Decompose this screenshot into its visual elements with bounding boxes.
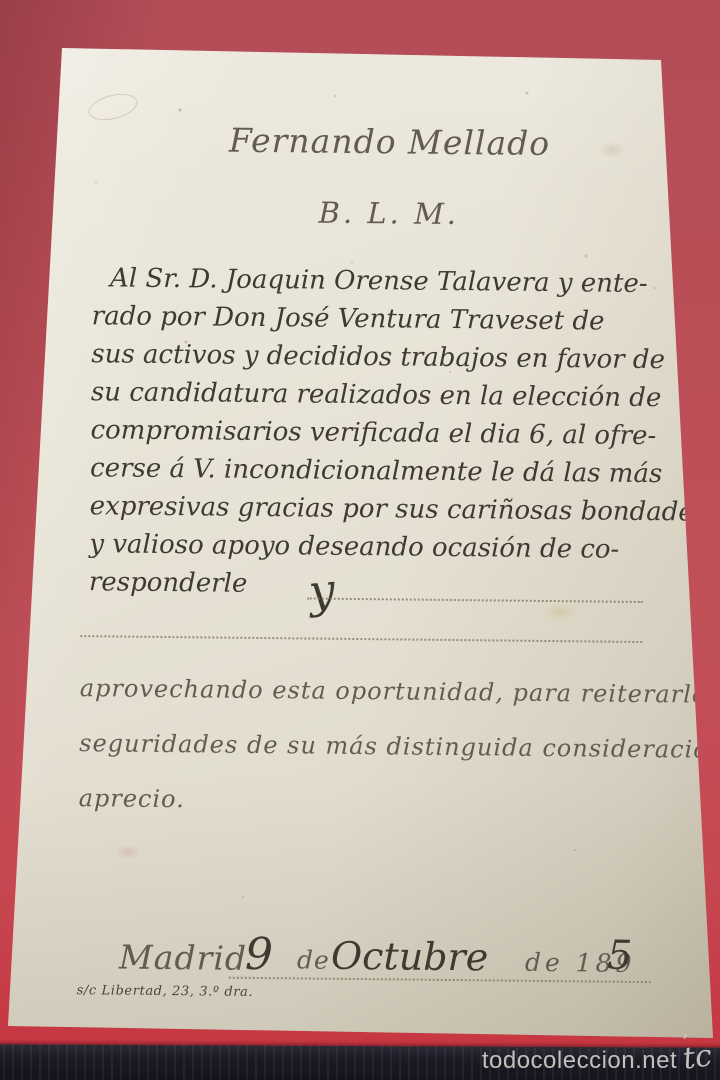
watermark-tc-logo-icon: tc	[681, 1038, 714, 1077]
handwritten-body: Al Sr. D. Joaquin Orense Talavera y ente…	[89, 259, 678, 607]
date-city: Madrid	[119, 938, 247, 978]
watermark-text: todocoleccion.net	[482, 1047, 677, 1075]
handwritten-line: rado por Don José Ventura Traveset de	[92, 297, 677, 341]
photo-of-letter: Fernando Mellado B. L. M. Al Sr. D. Joaq…	[0, 0, 720, 1080]
handwritten-line: y valioso apoyo deseando ocasión de co-	[89, 525, 674, 569]
letter-paper: Fernando Mellado B. L. M. Al Sr. D. Joaq…	[0, 0, 720, 1080]
printed-line: aprecio.	[78, 771, 664, 832]
salutation-blm: B. L. M.	[129, 194, 649, 233]
date-de: de	[297, 945, 330, 974]
date-day-handwritten: 9	[245, 929, 274, 980]
printed-line: aprovechando esta oportunidad, para reit…	[80, 661, 666, 722]
handwritten-line: cerse á V. incondicionalmente le dá las …	[90, 449, 675, 493]
date-year-digit-handwritten: 5	[607, 933, 633, 979]
date-month-handwritten: Octubre	[331, 934, 489, 980]
letter-content: Fernando Mellado B. L. M. Al Sr. D. Joaq…	[0, 0, 720, 1080]
handwritten-line: expresivas gracias por sus cariñosas bon…	[90, 487, 675, 531]
form-dotted-line	[80, 635, 642, 643]
printed-closing: aprovechando esta oportunidad, para reit…	[78, 661, 665, 832]
handwritten-line: Al Sr. D. Joaquin Orense Talavera y ente…	[92, 259, 677, 303]
watermark: todocoleccion.net tc	[482, 1042, 712, 1080]
handwritten-line-text: responderle	[89, 567, 248, 599]
handwritten-line: su candidatura realizados en la elección…	[91, 373, 676, 417]
printed-line: seguridades de su más distinguida consid…	[79, 716, 665, 777]
sender-name: Fernando Mellado	[129, 120, 649, 164]
handwritten-line: sus activos y decididos trabajos en favo…	[91, 335, 676, 379]
handwritten-line: compromisarios verificada el dia 6, al o…	[90, 411, 675, 455]
sender-address: s/c Libertad, 23, 3.º dra.	[77, 983, 254, 1000]
